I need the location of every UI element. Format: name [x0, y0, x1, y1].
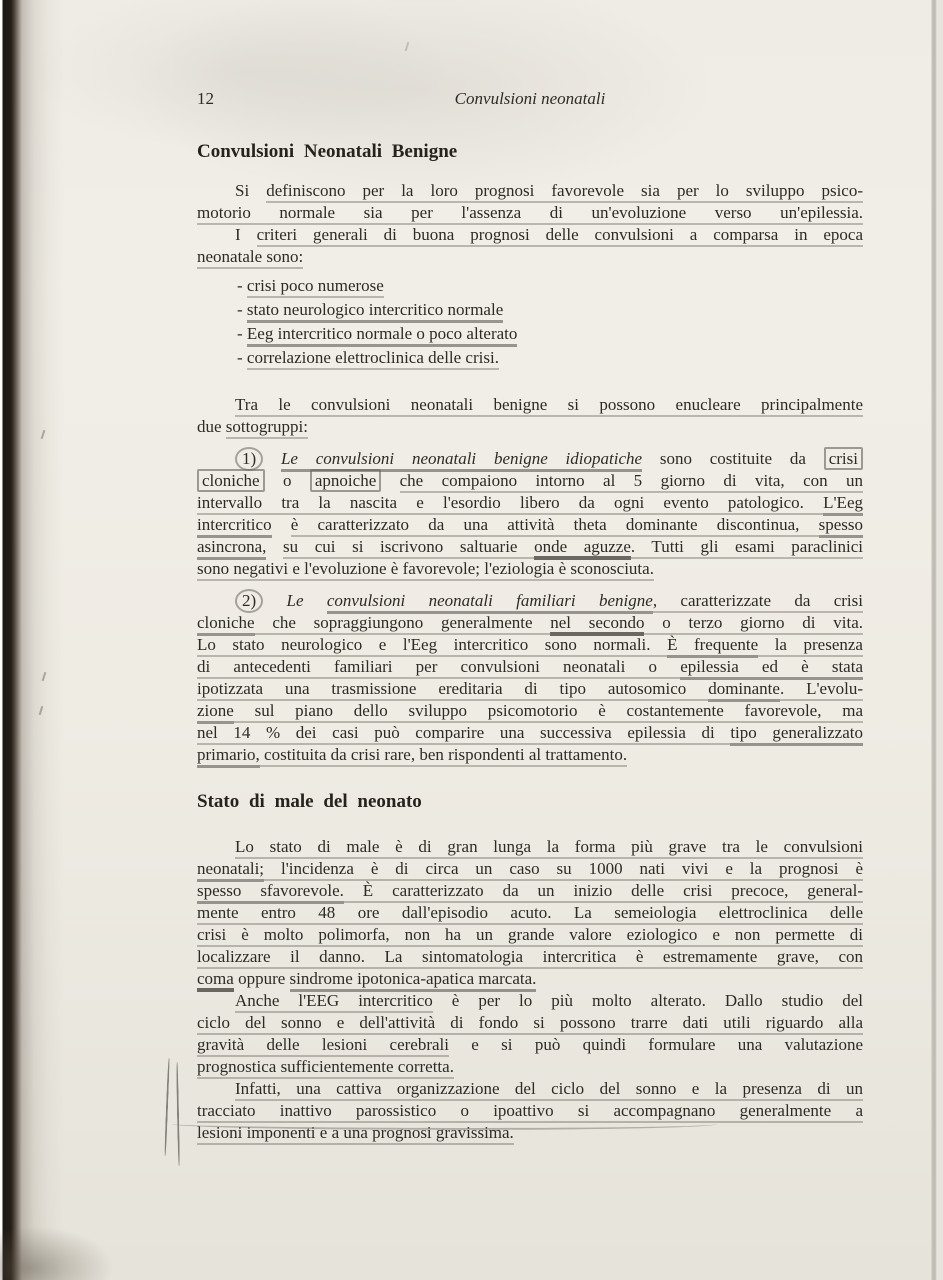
text-segment: -	[237, 348, 247, 367]
text-line: crisi è molto polimorfa, non ha un grand…	[197, 924, 863, 946]
text-segment: motorio normale sia per l'assenza di un'…	[197, 203, 863, 225]
text-segment: Infatti, una cattiva organizzazione del …	[235, 1079, 863, 1101]
paragraph: - crisi poco numerose- stato neurologico…	[197, 274, 863, 370]
text-line: di antecedenti familiari per convulsioni…	[197, 656, 863, 678]
text-segment: Anche l'EEG intercritico	[235, 991, 433, 1013]
text-segment: -	[237, 300, 247, 319]
text-segment: è caratterizzato da una attività theta d…	[291, 515, 819, 537]
pencil-tick-1	[41, 430, 46, 439]
pencil-double-line-mark-1	[164, 1058, 170, 1156]
text-segment: spesso sfavorevole.	[197, 881, 344, 904]
text-segment: Tra le convulsioni neonatali benigne si …	[235, 395, 863, 417]
text-line: ciclo del sonno e dell'attività di fondo…	[197, 1012, 863, 1034]
page-content: 12 Convulsioni neonatali Convulsioni Neo…	[197, 88, 863, 1144]
text-segment: Eeg intercritico normale o poco alterato	[247, 324, 517, 347]
text-segment: nel 14 % dei casi può comparire una succ…	[197, 723, 730, 745]
pencil-tick-4	[405, 42, 410, 51]
paragraph: Si definiscono per la loro prognosi favo…	[197, 180, 863, 268]
text-segment: , caratterizzate da crisi	[653, 591, 863, 613]
pencil-tick-2	[42, 672, 47, 681]
text-segment: crisi è molto polimorfa, non ha un grand…	[197, 925, 863, 947]
text-line: - crisi poco numerose	[237, 274, 863, 298]
text-line: I criteri generali di buona prognosi del…	[197, 224, 863, 246]
text-line: mente entro 48 ore dall'episodio acuto. …	[197, 902, 863, 924]
text-segment: stato neurologico intercritico normale	[247, 300, 503, 323]
text-segment: spesso	[819, 515, 863, 538]
text-line: due sottogruppi:	[197, 416, 863, 438]
text-line: Tra le convulsioni neonatali benigne si …	[197, 394, 863, 416]
text-segment: e si può quindi formulare una valutazion…	[449, 1035, 863, 1054]
text-segment: prognostica sufficientemente corretta.	[197, 1057, 454, 1079]
text-segment: nel secondo	[550, 613, 644, 636]
text-segment: la presenza	[758, 635, 863, 657]
text-line: neonatali; l'incidenza è di circa un cas…	[197, 858, 863, 880]
text-segment: mente entro 48 ore dall'episodio acuto. …	[197, 903, 863, 925]
text-segment: oppure	[234, 969, 290, 988]
text-segment: convulsioni neonatali familiari benigne	[327, 591, 653, 614]
text-line: 2) Le convulsioni neonatali familiari be…	[197, 590, 863, 612]
text-segment: dominante	[708, 679, 780, 702]
text-segment: è per lo più molto alterato. Dallo studi…	[433, 991, 863, 1010]
text-line: primario, costituita da crisi rare, ben …	[197, 744, 863, 766]
text-line: cloniche o apnoiche che compaiono intorn…	[197, 470, 863, 492]
text-segment: epilessia ed è stata	[680, 657, 863, 680]
text-segment: primario,	[197, 745, 260, 768]
text-line: 1) Le convulsioni neonatali benigne idio…	[197, 448, 863, 470]
text-segment	[381, 471, 399, 490]
text-segment: di antecedenti familiari per convulsioni…	[197, 657, 680, 679]
text-segment: che compaiono intorno al 5 giorno di vit…	[400, 471, 863, 493]
text-segment: Lo stato neurologico e l'Eeg intercritic…	[197, 635, 667, 657]
text-segment: tipo generalizzato	[730, 723, 863, 746]
text-segment: intercritico	[197, 515, 272, 538]
text-segment: zione	[197, 701, 234, 724]
text-segment: correlazione elettroclinica delle crisi.	[247, 348, 499, 370]
running-title: Convulsioni neonatali	[455, 88, 606, 110]
text-segment: su cui si iscrivono saltuarie	[283, 537, 534, 559]
text-segment	[263, 591, 286, 610]
text-segment: ciclo del sonno e dell'attività di fondo…	[197, 1013, 863, 1035]
text-segment: 2)	[235, 589, 263, 613]
text-segment: costituita da crisi rare, ben rispondent…	[260, 745, 627, 767]
text-segment: sono negativi e l'evoluzione è favorevol…	[197, 559, 654, 581]
text-segment	[272, 515, 291, 534]
heading-stato-di-male-del-neonato: Stato di male del neonato	[197, 790, 863, 814]
text-segment: Lo stato di male è di gran lunga la form…	[235, 837, 863, 859]
page-number: 12	[197, 88, 214, 110]
pencil-tick-3	[39, 706, 44, 715]
text-segment: neonatali;	[197, 859, 264, 882]
text-line: - correlazione elettroclinica delle cris…	[237, 346, 863, 370]
text-segment: crisi	[824, 447, 863, 470]
text-blocks: Convulsioni Neonatali BenigneSi definisc…	[197, 140, 863, 1144]
text-line: ipotizzata una trasmissione ereditaria d…	[197, 678, 863, 700]
text-segment: È frequente	[667, 635, 758, 658]
scanned-book-page: 12 Convulsioni neonatali Convulsioni Neo…	[0, 0, 943, 1280]
text-segment: intervallo tra la nascita e l'esordio li…	[197, 493, 823, 515]
text-segment: l'incidenza è di circa un caso su 1000 n…	[264, 859, 863, 881]
text-segment: o	[265, 471, 310, 490]
text-segment: neonatale sono:	[197, 247, 303, 269]
text-line: cloniche che sopraggiungono generalmente…	[197, 612, 863, 634]
text-segment: localizzare il danno. La sintomatologia …	[197, 947, 863, 969]
text-segment: . Tutti gli esami paraclinici	[631, 537, 863, 559]
text-line: intervallo tra la nascita e l'esordio li…	[197, 492, 863, 514]
text-segment: L'Eeg	[823, 493, 863, 516]
paragraph: 1) Le convulsioni neonatali benigne idio…	[197, 448, 863, 580]
paragraph: Tra le convulsioni neonatali benigne si …	[197, 394, 863, 438]
running-header: 12 Convulsioni neonatali	[197, 88, 863, 110]
text-line: spesso sfavorevole. È caratterizzato da …	[197, 880, 863, 902]
text-line: gravità delle lesioni cerebrali e si può…	[197, 1034, 863, 1056]
text-segment: onde aguzze	[534, 537, 631, 560]
text-segment: . L'evolu-	[780, 679, 863, 701]
text-line: - Eeg intercritico normale o poco altera…	[237, 322, 863, 346]
heading-convulsioni-neonatali-benigne: Convulsioni Neonatali Benigne	[197, 140, 863, 164]
text-line: nel 14 % dei casi può comparire una succ…	[197, 722, 863, 744]
pencil-double-line-mark-2	[176, 1062, 180, 1166]
text-line: asincrona, su cui si iscrivono saltuarie…	[197, 536, 863, 558]
text-line: localizzare il danno. La sintomatologia …	[197, 946, 863, 968]
text-segment: cloniche	[197, 613, 255, 636]
text-line: prognostica sufficientemente corretta.	[197, 1056, 863, 1078]
text-line: neonatale sono:	[197, 246, 863, 268]
text-segment: -	[237, 276, 247, 295]
text-line: Lo stato di male è di gran lunga la form…	[197, 836, 863, 858]
text-line: motorio normale sia per l'assenza di un'…	[197, 202, 863, 224]
text-segment: asincrona,	[197, 537, 266, 560]
text-segment: criteri generali di buona prognosi delle…	[257, 225, 863, 247]
text-line: sono negativi e l'evoluzione è favorevol…	[197, 558, 863, 580]
text-line: Infatti, una cattiva organizzazione del …	[197, 1078, 863, 1100]
text-segment: definiscono per la loro prognosi favorev…	[266, 181, 863, 203]
text-segment: È caratterizzato da un inizio delle cris…	[344, 881, 863, 903]
text-segment: gravità delle lesioni cerebrali	[197, 1035, 449, 1057]
text-segment: sindrome ipotonica-apatica marcata.	[290, 969, 537, 992]
text-line: intercritico è caratterizzato da una att…	[197, 514, 863, 536]
text-segment	[263, 449, 281, 468]
text-segment: sottogruppi:	[226, 417, 308, 439]
text-line: Anche l'EEG intercritico è per lo più mo…	[197, 990, 863, 1012]
text-segment: sono costituite da	[642, 449, 824, 468]
text-segment: 1)	[235, 447, 263, 471]
text-segment: che sopraggiungono generalmente	[255, 613, 551, 635]
text-segment	[266, 537, 283, 556]
paragraph: 2) Le convulsioni neonatali familiari be…	[197, 590, 863, 766]
paragraph: Lo stato di male è di gran lunga la form…	[197, 836, 863, 1144]
text-segment: ipotizzata una trasmissione ereditaria d…	[197, 679, 708, 701]
text-segment: Le	[287, 591, 327, 610]
text-segment: crisi poco numerose	[247, 276, 384, 298]
text-line: - stato neurologico intercritico normale	[237, 298, 863, 322]
text-segment: o terzo giorno di vita.	[644, 613, 863, 635]
text-line: Lo stato neurologico e l'Eeg intercritic…	[197, 634, 863, 656]
text-segment: due	[197, 417, 226, 436]
text-line: zione sul piano dello sviluppo psicomoto…	[197, 700, 863, 722]
text-segment: coma	[197, 969, 234, 992]
text-segment: Si	[235, 181, 266, 200]
text-segment: I	[235, 225, 257, 244]
text-segment: -	[237, 324, 247, 343]
text-segment: apnoiche	[310, 469, 381, 492]
text-segment: cloniche	[197, 469, 265, 492]
text-line: Si definiscono per la loro prognosi favo…	[197, 180, 863, 202]
text-segment: sul piano dello sviluppo psicomotorio è …	[234, 701, 863, 723]
text-line: coma oppure sindrome ipotonica-apatica m…	[197, 968, 863, 990]
